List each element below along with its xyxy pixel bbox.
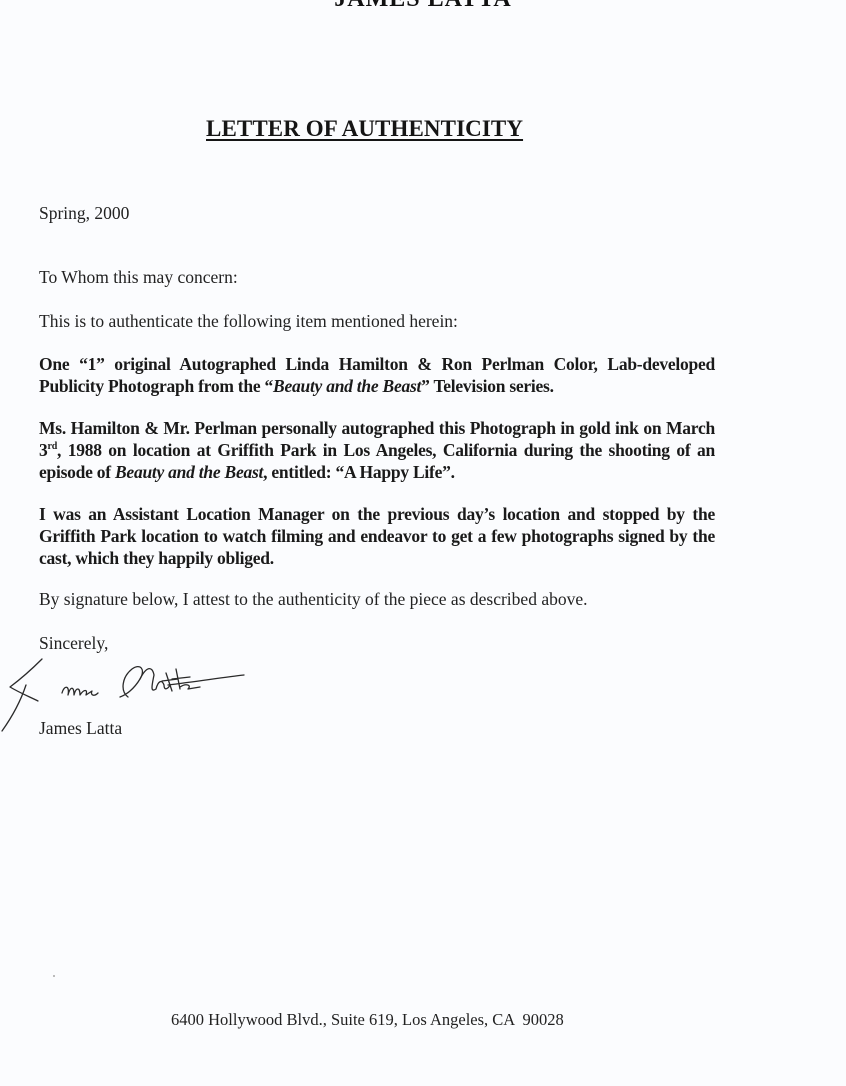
- handwritten-signature: [0, 655, 250, 735]
- attestation: By signature below, I attest to the auth…: [39, 589, 587, 610]
- letter-date: Spring, 2000: [39, 203, 129, 224]
- autograph-details: Ms. Hamilton & Mr. Perlman personally au…: [39, 417, 715, 483]
- intro-line: This is to authenticate the following it…: [39, 311, 458, 332]
- letter-title: LETTER OF AUTHENTICITY: [206, 116, 523, 142]
- series-title-2: Beauty and the Beast: [115, 462, 263, 482]
- letterhead-name: JAMES LATTA: [0, 0, 846, 13]
- autograph-details-text-end: , entitled: “A Happy Life”.: [263, 462, 455, 482]
- item-description-text-end: ” Television series.: [421, 376, 554, 396]
- footer-address: 6400 Hollywood Blvd., Suite 619, Los Ang…: [171, 1010, 564, 1030]
- date-ordinal: rd: [48, 441, 58, 452]
- item-description: One “1” original Autographed Linda Hamil…: [39, 353, 715, 397]
- scan-speck: [53, 975, 55, 977]
- salutation: To Whom this may concern:: [39, 267, 238, 288]
- closing: Sincerely,: [39, 633, 108, 654]
- background-paragraph: I was an Assistant Location Manager on t…: [39, 503, 715, 569]
- series-title: Beauty and the Beast: [273, 376, 421, 396]
- signer-name: James Latta: [39, 718, 122, 739]
